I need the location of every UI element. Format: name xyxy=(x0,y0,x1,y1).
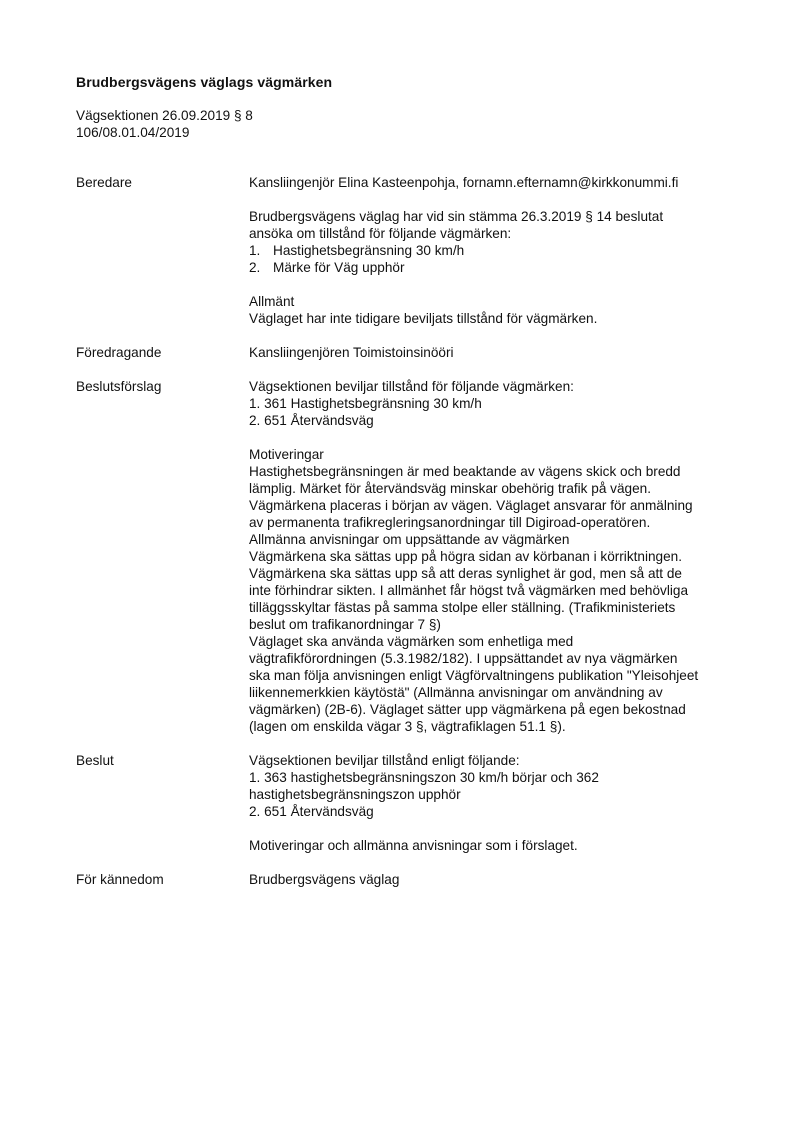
meeting-reference: Vägsektionen 26.09.2019 § 8 xyxy=(76,107,736,124)
section-beredare: Beredare Kansliingenjör Elina Kasteenpoh… xyxy=(76,174,736,327)
motivation-line: inte förhindrar sikten. I allmänhet får … xyxy=(249,582,736,599)
proposal-list: Vägsektionen beviljar tillstånd för följ… xyxy=(249,378,736,429)
list-item: 1. Hastighetsbegränsning 30 km/h xyxy=(249,242,736,259)
general-info: Allmänt Väglaget har inte tidigare bevil… xyxy=(249,293,736,327)
motivation-line: ska man följa anvisningen enligt Vägförv… xyxy=(249,667,736,684)
general-text: Väglaget har inte tidigare beviljats til… xyxy=(249,310,736,327)
motivation-line: tilläggsskyltar fästas på samma stolpe e… xyxy=(249,599,736,616)
presenter-value: Kansliingenjören Toimistoinsinööri xyxy=(249,344,736,361)
decision-closing: Motiveringar och allmänna anvisningar so… xyxy=(249,837,736,854)
case-number: 106/08.01.04/2019 xyxy=(76,124,736,141)
decision-line: 1. 363 hastighetsbegränsningszon 30 km/h… xyxy=(249,769,736,786)
section-label: Beredare xyxy=(76,174,249,327)
section-beslut: Beslut Vägsektionen beviljar tillstånd e… xyxy=(76,752,736,854)
list-item: 2. Märke för Väg upphör xyxy=(249,259,736,276)
motivation-line: Vägmärkena ska sättas upp så att deras s… xyxy=(249,565,736,582)
motivation-line: vägtrafikförordningen (5.3.1982/182). I … xyxy=(249,650,736,667)
list-number: 2. xyxy=(249,259,273,276)
intro-line: ansöka om tillstånd för följande vägmärk… xyxy=(249,225,736,242)
list-item: 1. 361 Hastighetsbegränsning 30 km/h xyxy=(249,395,736,412)
list-item: 2. 651 Återvändsväg xyxy=(249,412,736,429)
section-content: Vägsektionen beviljar tillstånd enligt f… xyxy=(249,752,736,854)
recipient-value: Brudbergsvägens väglag xyxy=(249,871,736,888)
motivation-heading: Motiveringar xyxy=(249,446,736,463)
section-content: Kansliingenjör Elina Kasteenpohja, forna… xyxy=(249,174,736,327)
preparer-info: Kansliingenjör Elina Kasteenpohja, forna… xyxy=(249,174,736,191)
section-content: Vägsektionen beviljar tillstånd för följ… xyxy=(249,378,736,735)
motivation-line: Väglaget ska använda vägmärken som enhet… xyxy=(249,633,736,650)
motivation-line: Allmänna anvisningar om uppsättande av v… xyxy=(249,531,736,548)
general-heading: Allmänt xyxy=(249,293,736,310)
motivation-line: beslut om trafikanordningar 7 §) xyxy=(249,616,736,633)
decision-intro: Vägsektionen beviljar tillstånd enligt f… xyxy=(249,752,736,769)
motivation-line: Vägmärkena placeras i början av vägen. V… xyxy=(249,497,736,514)
motivation-line: (lagen om enskilda vägar 3 §, vägtrafikl… xyxy=(249,718,736,735)
section-for-kannedom: För kännedom Brudbergsvägens väglag xyxy=(76,871,736,888)
application-intro: Brudbergsvägens väglag har vid sin stämm… xyxy=(249,208,736,276)
list-text: Hastighetsbegränsning 30 km/h xyxy=(273,242,464,259)
motivation-line: liikennemerkkien käytöstä" (Allmänna anv… xyxy=(249,684,736,701)
intro-line: Brudbergsvägens väglag har vid sin stämm… xyxy=(249,208,736,225)
decision-line: hastighetsbegränsningszon upphör xyxy=(249,786,736,803)
decision-list: Vägsektionen beviljar tillstånd enligt f… xyxy=(249,752,736,820)
list-number: 1. xyxy=(249,242,273,259)
section-beslutsforslag: Beslutsförslag Vägsektionen beviljar til… xyxy=(76,378,736,735)
motivation-line: Hastighetsbegränsningen är med beaktande… xyxy=(249,463,736,480)
section-label: För kännedom xyxy=(76,871,249,888)
section-foredragande: Föredragande Kansliingenjören Toimistoin… xyxy=(76,344,736,361)
motivation-line: Vägmärkena ska sättas upp på högra sidan… xyxy=(249,548,736,565)
section-label: Beslut xyxy=(76,752,249,854)
list-text: Märke för Väg upphör xyxy=(273,259,404,276)
motivation-line: vägmärken) (2B-6). Väglaget sätter upp v… xyxy=(249,701,736,718)
section-label: Beslutsförslag xyxy=(76,378,249,735)
motivation: Motiveringar Hastighetsbegränsningen är … xyxy=(249,446,736,735)
motivation-line: lämplig. Märket för återvändsväg minskar… xyxy=(249,480,736,497)
document-title: Brudbergsvägens väglags vägmärken xyxy=(76,74,736,91)
proposal-intro: Vägsektionen beviljar tillstånd för följ… xyxy=(249,378,736,395)
motivation-line: av permanenta trafikregleringsanordninga… xyxy=(249,514,736,531)
document-page: Brudbergsvägens väglags vägmärken Vägsek… xyxy=(76,74,736,905)
decision-line: 2. 651 Återvändsväg xyxy=(249,803,736,820)
requested-signs-list: 1. Hastighetsbegränsning 30 km/h 2. Märk… xyxy=(249,242,736,276)
document-meta: Vägsektionen 26.09.2019 § 8 106/08.01.04… xyxy=(76,107,736,141)
section-label: Föredragande xyxy=(76,344,249,361)
